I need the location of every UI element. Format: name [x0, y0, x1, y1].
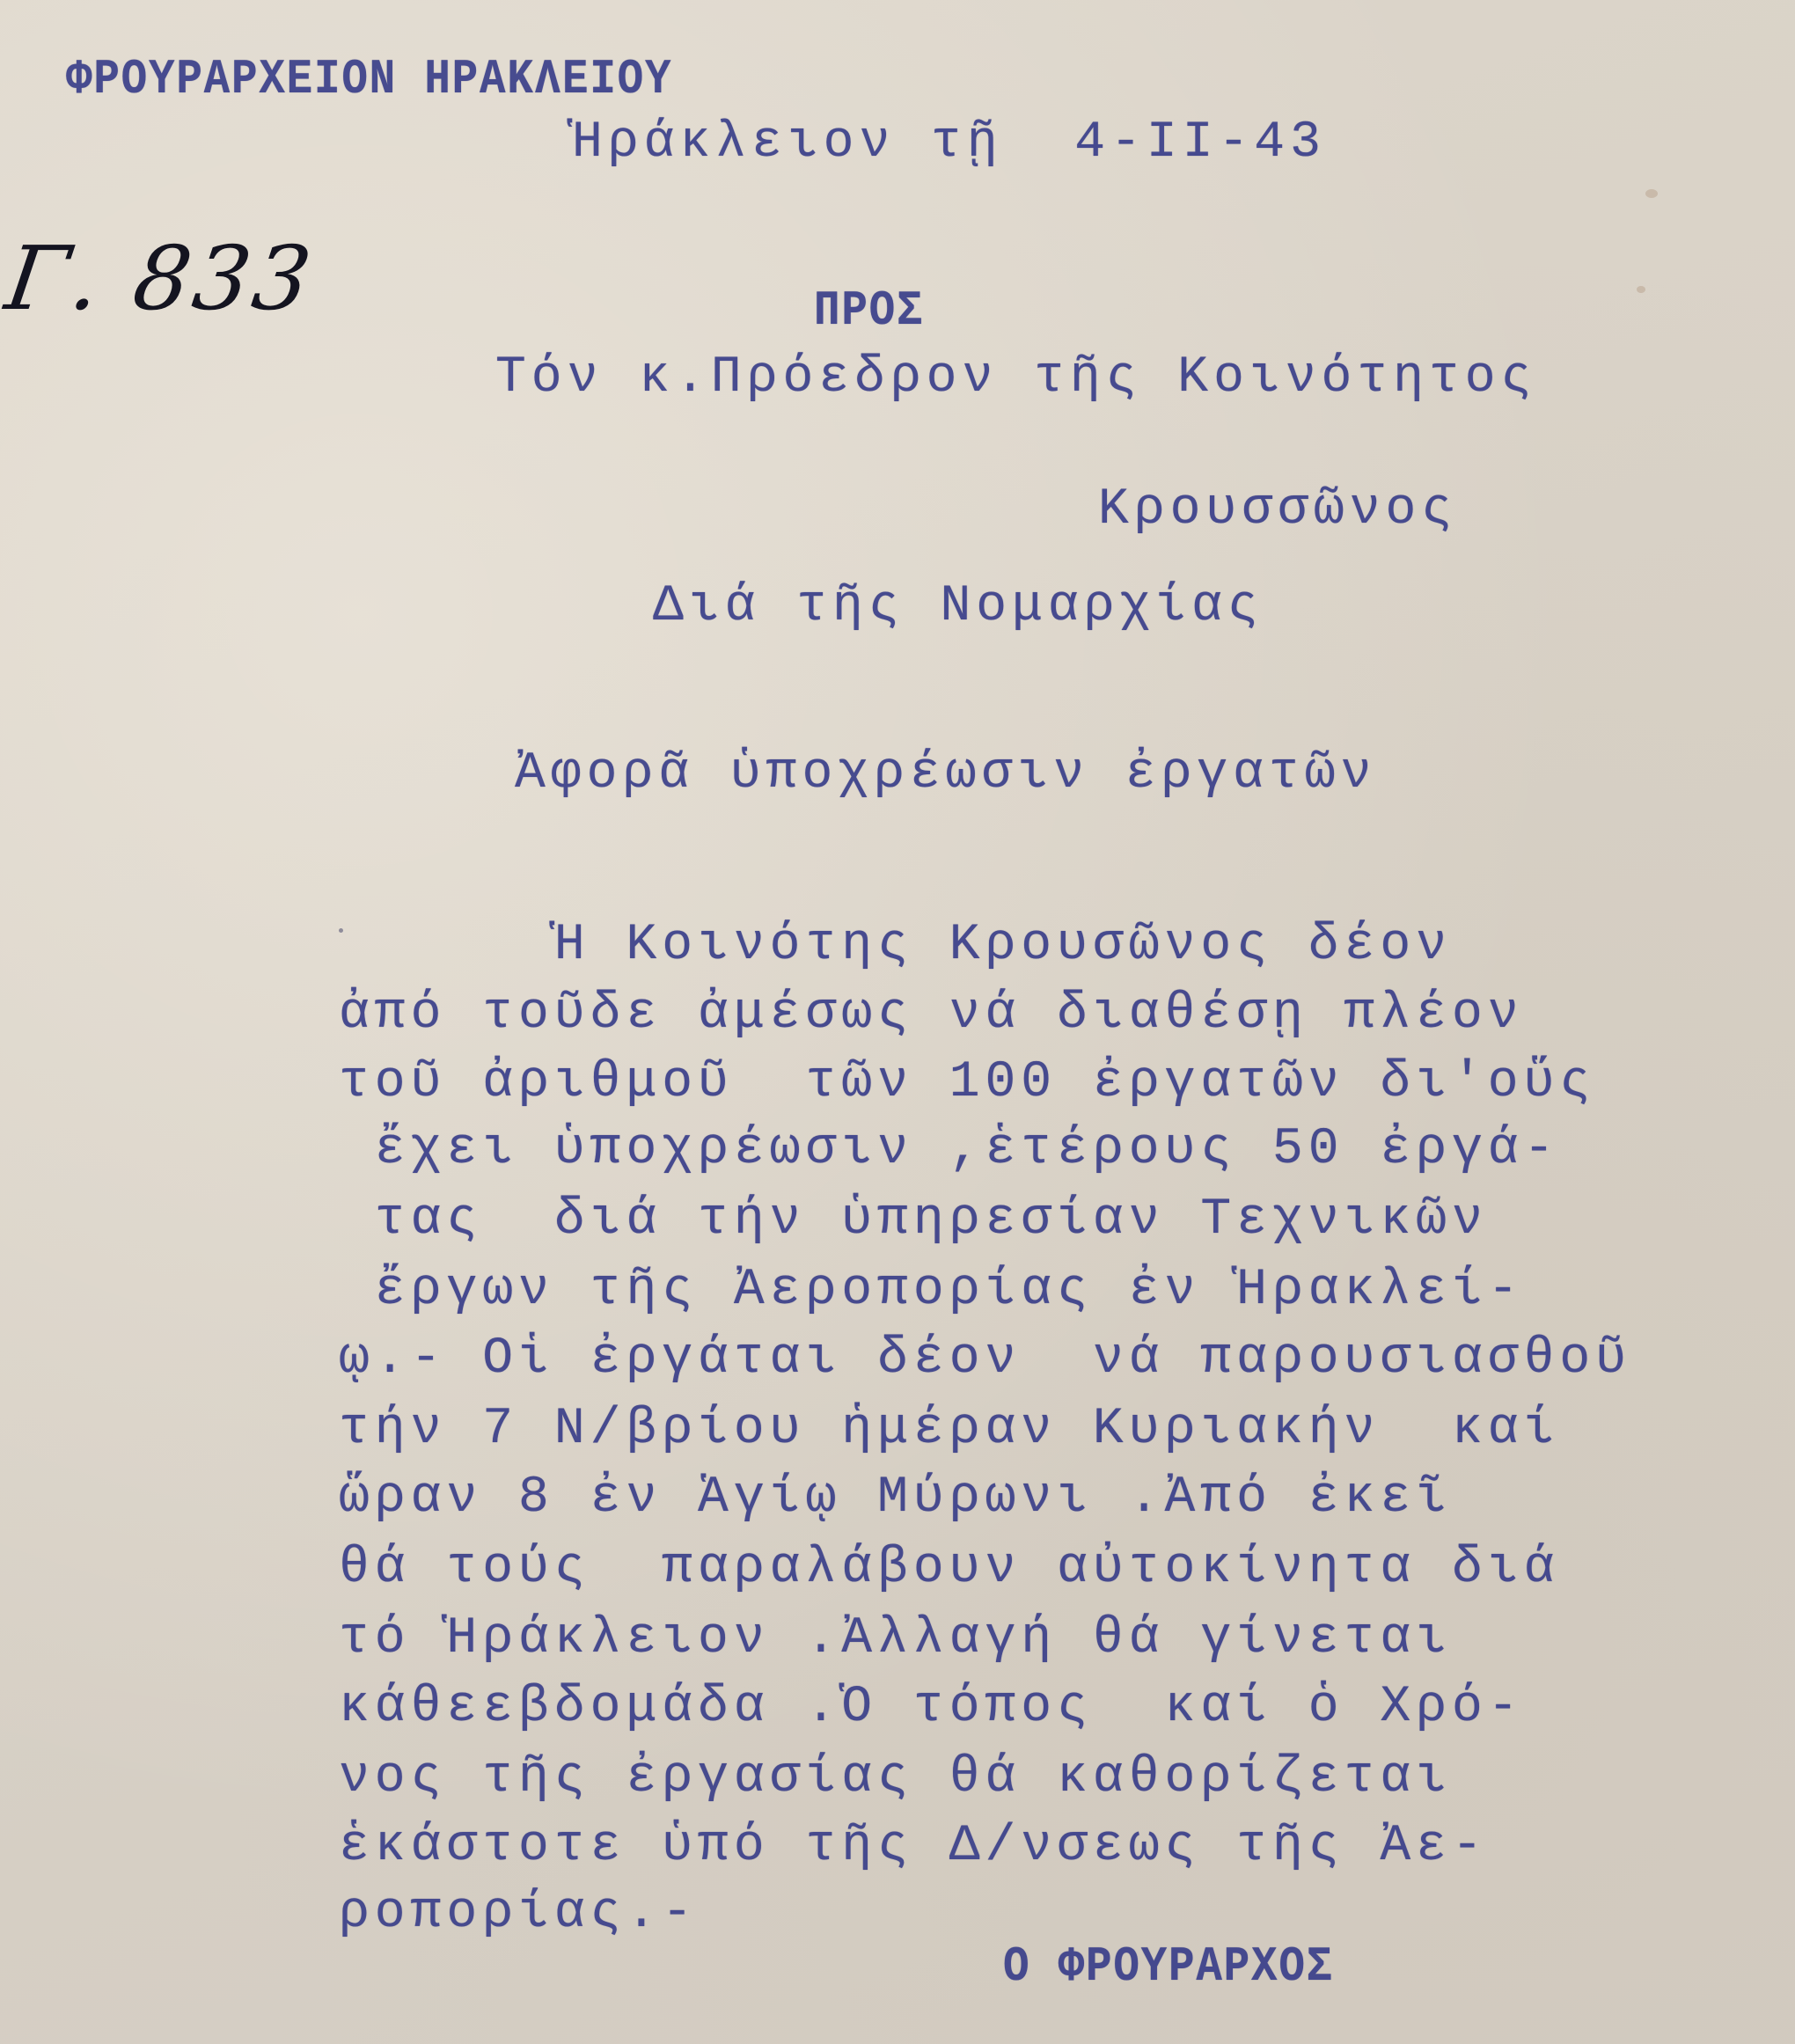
addressee-line-1: Τόν κ.Πρόεδρον τῆς Κοινότητος [495, 348, 1536, 409]
body-line: ἀπό τοῦδε ἀμέσως νά διαθέσῃ πλέον [339, 984, 1782, 1045]
paper-stain [1645, 189, 1658, 198]
handwritten-reference-number: Γ. 833 [0, 231, 319, 327]
pros-label: ΠΡΟΣ [814, 280, 924, 341]
letterhead-title: ΦΡΟΥΡΑΡΧΕΙΟΝ ΗΡΑΚΛΕΙΟΥ [66, 48, 672, 110]
body-line: ἔργων τῆς Ἀεροπορίας ἐν Ἡρακλεί- [339, 1260, 1782, 1322]
subject-line: Ἀφορᾶ ὑποχρέωσιν ἐργατῶν [515, 744, 1376, 805]
body-line: τας διά τήν ὑπηρεσίαν Τεχνικῶν [339, 1190, 1782, 1251]
body-line: τοῦ ἀριθμοῦ τῶν 100 ἐργατῶν δι'οὕς [339, 1052, 1782, 1114]
body-line: θά τούς παραλάβουν αὐτοκίνητα διά [339, 1538, 1782, 1600]
date-line: Ἡράκλειον τῇ 4-ΙΙ-43 [572, 113, 1326, 174]
body-line: τήν 7 Ν/βρίου ἡμέραν Κυριακήν καί [339, 1399, 1782, 1461]
body-line: ἔχει ὑποχρέωσιν ,ἑτέρους 50 ἐργά- [339, 1119, 1782, 1181]
body-line: Ἡ Κοινότης Κρουσῶνος δέον [339, 915, 1782, 977]
scanned-document-page: ΦΡΟΥΡΑΡΧΕΙΟΝ ΗΡΑΚΛΕΙΟΥ Ἡράκλειον τῇ 4-ΙΙ… [0, 0, 1795, 2044]
body-line: ἑκάστοτε ὑπό τῆς Δ/νσεως τῆς Ἀε- [339, 1816, 1782, 1878]
body-line: ὥραν 8 ἐν Ἁγίῳ Μύρωνι .Ἀπό ἐκεῖ [339, 1468, 1782, 1529]
body-line: νος τῆς ἐργασίας θά καθορίζεται [339, 1747, 1782, 1809]
body-line: τό Ἡράκλειον .Ἀλλαγή θά γίνεται [339, 1608, 1782, 1670]
signature-title: Ο ΦΡΟΥΡΑΡΧΟΣ [1003, 1936, 1334, 1997]
body-line: ῳ.- Οἱ ἐργάται δέον νά παρουσιασθοῦ [339, 1329, 1782, 1390]
body-line: κάθεεβδομάδα .Ὁ τόπος καί ὁ Χρό- [339, 1677, 1782, 1739]
addressee-line-2: Κρουσσῶνος [1098, 480, 1457, 541]
paper-stain [1637, 286, 1645, 293]
addressee-line-3: Διά τῆς Νομαρχίας [653, 576, 1264, 638]
